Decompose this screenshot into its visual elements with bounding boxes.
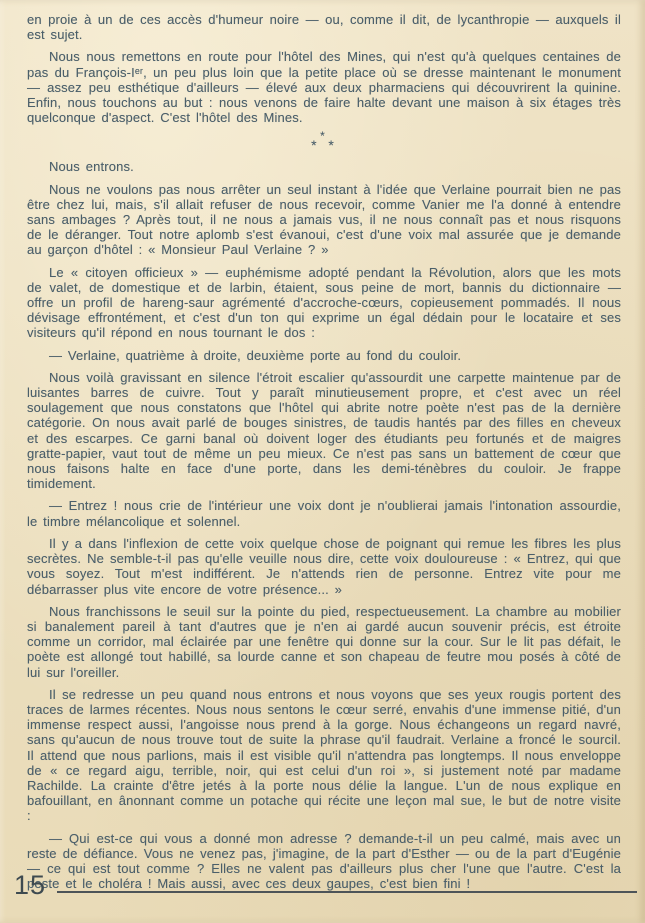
paragraph: Le « citoyen officieux » — euphémisme ad… (27, 265, 621, 341)
paragraph-dialogue: — Entrez ! nous crie de l'intérieur une … (27, 498, 621, 528)
paragraph: Nous nous remettons en route pour l'hôte… (27, 49, 621, 125)
paragraph: Il y a dans l'inflexion de cette voix qu… (27, 536, 621, 597)
asterism-bottom: * * (27, 141, 621, 150)
paragraph: Nous franchissons le seuil sur la pointe… (27, 604, 621, 680)
paragraph-dialogue: — Verlaine, quatrième à droite, deuxième… (27, 348, 621, 363)
paragraph: Nous ne voulons pas nous arrêter un seul… (27, 182, 621, 258)
page-number: 15 (14, 872, 46, 899)
paragraph-dialogue: — Qui est-ce qui vous a donné mon adress… (27, 831, 621, 892)
footer-rule (57, 891, 637, 893)
book-page: en proie à un de ces accès d'humeur noir… (0, 0, 645, 923)
paragraph: Nous entrons. (27, 159, 621, 174)
text-column: en proie à un de ces accès d'humeur noir… (27, 12, 621, 898)
paragraph: Il se redresse un peu quand nous entrons… (27, 687, 621, 824)
paragraph: Nous voilà gravissant en silence l'étroi… (27, 370, 621, 492)
asterism-divider: * * * (27, 132, 621, 150)
paragraph: en proie à un de ces accès d'humeur noir… (27, 12, 621, 42)
